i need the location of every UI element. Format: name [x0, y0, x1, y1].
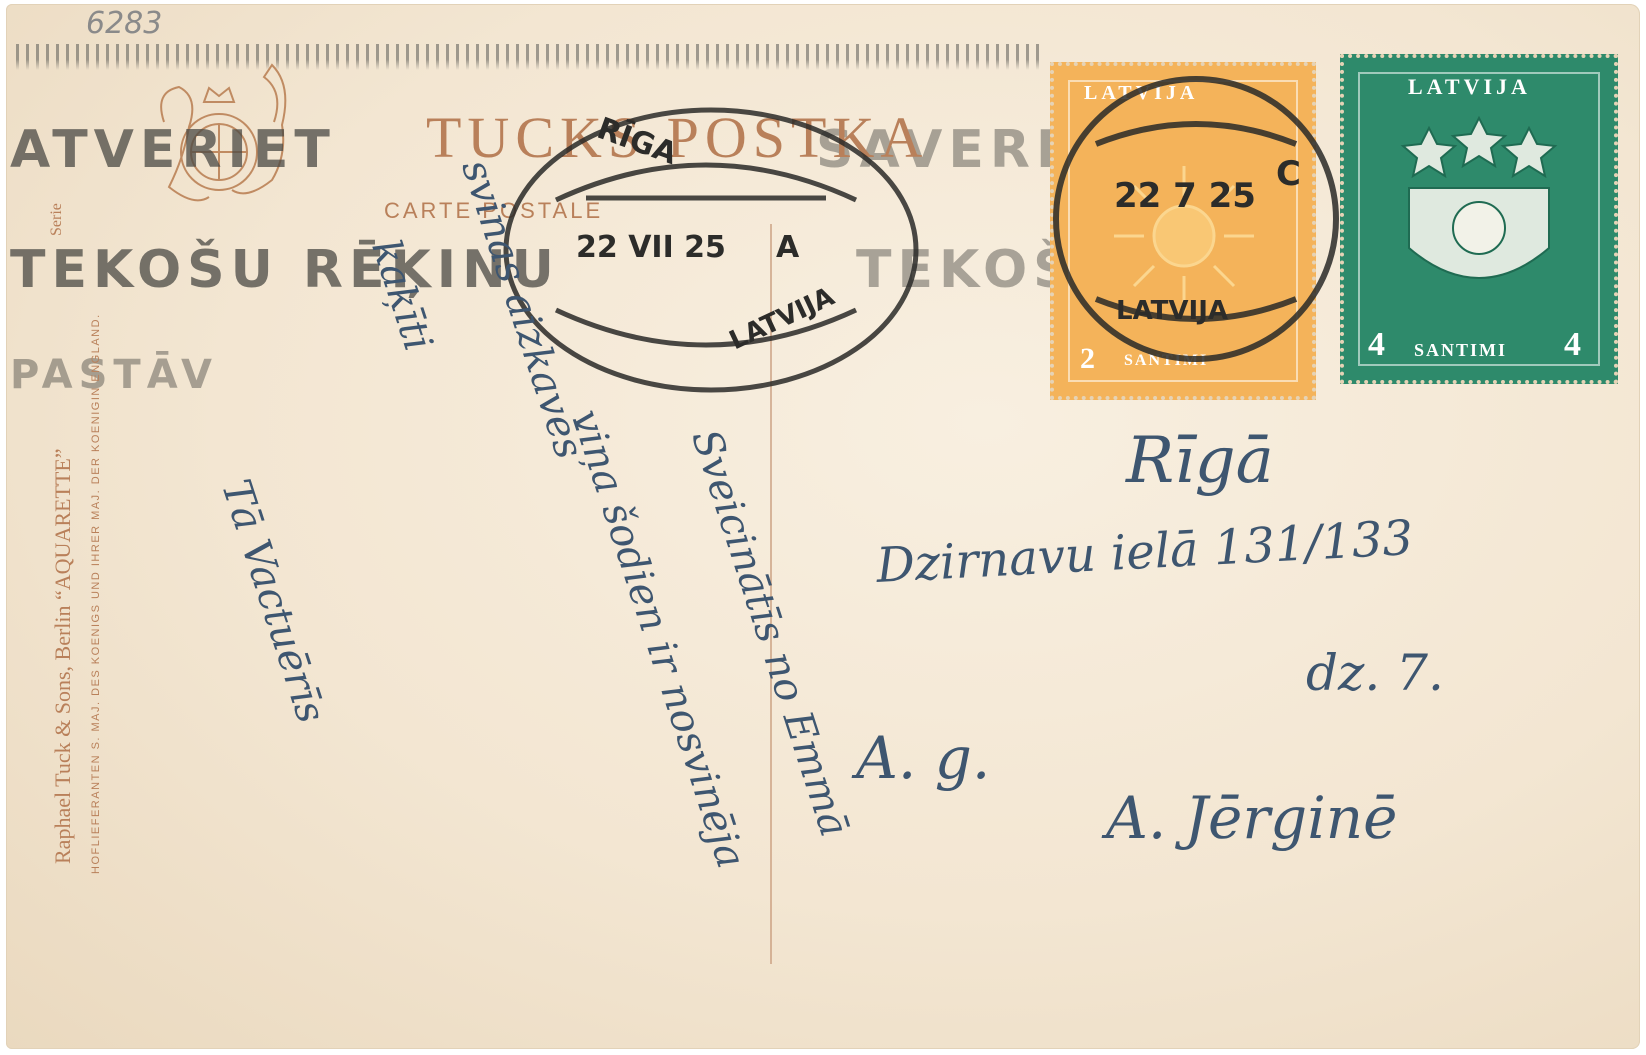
address-apartment: dz. 7. — [1306, 644, 1444, 702]
stamp-4-santimi: LATVIJA 4 SANTIMI 4 — [1340, 54, 1618, 384]
royal-warrant-line: HOFLIEFERANTEN S. MAJ. DES KOENIGS UND I… — [90, 313, 102, 874]
postcard: 6283 ATVERIET TEKOŠU RĒĶINU PASTĀV SAVER… — [6, 4, 1640, 1049]
series-label: Serie — [48, 203, 66, 236]
address-city: Rīgā — [1126, 424, 1274, 498]
cancel-slogan-line: PASTĀV — [10, 352, 218, 398]
latvian-coat-of-arms-icon — [1384, 108, 1574, 308]
stamp-value: 4 — [1564, 326, 1581, 364]
addressee-name: A. Jērginē — [1106, 784, 1397, 852]
postmark-suffix: A — [776, 230, 799, 265]
stamp-country: LATVIJA — [1408, 74, 1531, 100]
postmark-date: 22 7 25 — [1114, 176, 1256, 216]
cancel-slogan-line: TEKOŠU RĒĶINU — [10, 240, 560, 300]
addressee-initials: A. g. — [856, 724, 990, 792]
postmark-date: 22 VII 25 — [576, 230, 726, 265]
stamp-value: 4 — [1368, 326, 1385, 364]
riga-postmark-c — [1046, 54, 1366, 384]
cancel-slogan-line: ATVERIET — [10, 120, 336, 180]
publisher-line: Raphael Tuck & Sons, Berlin “AQUARETTE” — [50, 448, 76, 864]
signature: Tā Vactuērīs — [212, 474, 334, 729]
postmark-suffix: C — [1276, 154, 1301, 194]
pencil-inventory-number: 6283 — [86, 6, 162, 41]
postmark-country: LATVIJA — [1116, 296, 1228, 326]
stamp-currency: SANTIMI — [1414, 340, 1507, 361]
address-street: Dzirnavu ielā 131/133 — [875, 510, 1414, 594]
